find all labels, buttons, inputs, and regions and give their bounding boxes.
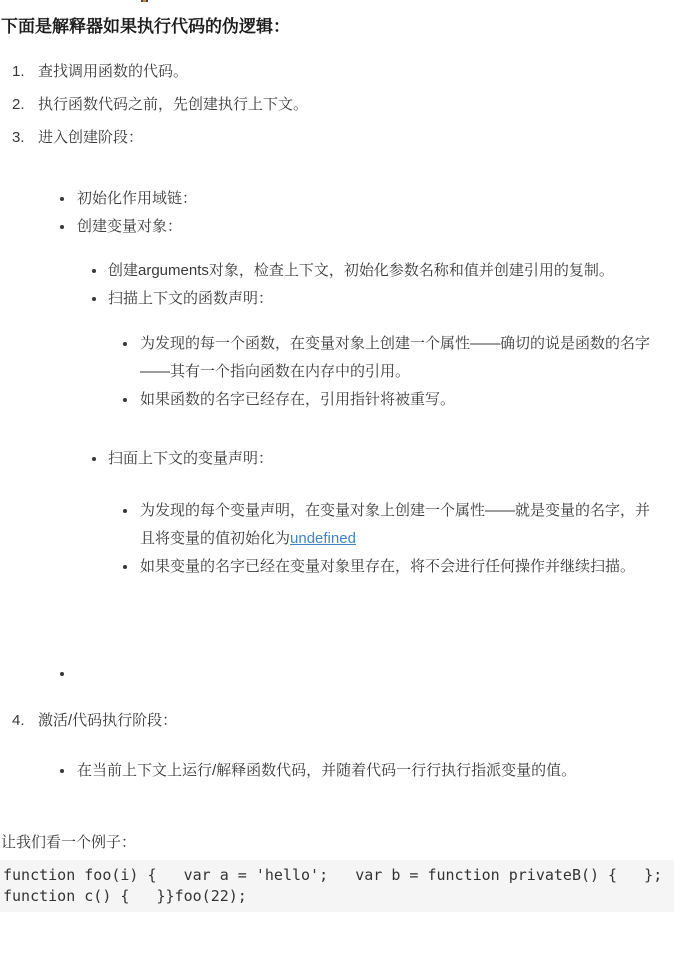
example-intro-text: 让我们看一个例子：	[1, 832, 674, 853]
list-item-scan-variable-declarations: 扫面上下文的变量声明： 为发现的每个变量声明，在变量对象上创建一个属性——就是变…	[77, 445, 660, 612]
variable-declarations-list: 为发现的每个变量声明，在变量对象上创建一个属性——就是变量的名字，并且将变量的值…	[108, 473, 660, 612]
undefined-link[interactable]: undefined	[290, 530, 356, 547]
step-marker: 2.	[12, 91, 25, 119]
list-item-text: 如果函数的名字已经存在，引用指针将被重写。	[140, 391, 455, 408]
code-block: function foo(i) { var a = 'hello'; var b…	[0, 860, 674, 912]
step-marker: 3.	[12, 124, 25, 152]
list-item-text: 为发现的每个变量声明，在变量对象上创建一个属性——就是变量的名字，并且将变量的值…	[140, 502, 650, 547]
list-item-text: 扫描上下文的函数声明：	[108, 290, 273, 307]
bullet-dot-icon	[123, 342, 127, 346]
bullet-dot-icon	[60, 769, 64, 773]
step-text: 查找调用函数的代码。	[38, 63, 188, 80]
list-item-text: 如果变量的名字已经在变量对象里存在，将不会进行任何操作并继续扫描。	[140, 558, 635, 575]
creation-phase-list: 初始化作用域链： 创建变量对象： 创建arguments对象，检查上下文，初始化…	[38, 152, 660, 702]
list-item-text: 创建变量对象：	[77, 218, 182, 235]
clipped-content-fragment	[141, 0, 148, 2]
list-item-scope-chain: 初始化作用域链：	[38, 185, 660, 213]
bullet-dot-icon	[60, 225, 64, 229]
list-item-text: 初始化作用域链：	[77, 190, 197, 207]
step-marker: 1.	[12, 58, 25, 86]
bullet-dot-icon	[60, 672, 64, 676]
step-text: 激活/代码执行阶段：	[38, 712, 177, 729]
step-text: 进入创建阶段：	[38, 129, 143, 146]
bullet-dot-icon	[123, 565, 127, 569]
bullet-dot-icon	[92, 269, 96, 273]
step-item-4: 4. 激活/代码执行阶段： 在当前上下文上运行/解释函数代码，并随着代码一行行执…	[0, 707, 674, 827]
pseudo-logic-steps: 1. 查找调用函数的代码。 2. 执行函数代码之前，先创建执行上下文。 3. 进…	[0, 58, 674, 827]
step-item-2: 2. 执行函数代码之前，先创建执行上下文。	[0, 91, 674, 119]
list-item-run-code: 在当前上下文上运行/解释函数代码，并随着代码一行行执行指派变量的值。	[38, 757, 660, 785]
list-item-text: 在当前上下文上运行/解释函数代码，并随着代码一行行执行指派变量的值。	[77, 762, 576, 779]
list-item-function-property: 为发现的每一个函数，在变量对象上创建一个属性——确切的说是函数的名字——其有一个…	[108, 330, 660, 386]
list-item-scan-function-declarations: 扫描上下文的函数声明： 为发现的每一个函数，在变量对象上创建一个属性——确切的说…	[77, 285, 660, 445]
execution-phase-list: 在当前上下文上运行/解释函数代码，并随着代码一行行执行指派变量的值。	[38, 735, 660, 827]
variable-object-list: 创建arguments对象，检查上下文，初始化参数名称和值并创建引用的复制。 扫…	[77, 241, 660, 660]
step-marker: 4.	[12, 707, 25, 735]
list-item-text: 创建arguments对象，检查上下文，初始化参数名称和值并创建引用的复制。	[108, 262, 614, 279]
list-item-text: 为发现的每一个函数，在变量对象上创建一个属性——确切的说是函数的名字——其有一个…	[140, 335, 650, 380]
bullet-dot-icon	[60, 197, 64, 201]
step-item-1: 1. 查找调用函数的代码。	[0, 58, 674, 86]
page-heading: 下面是解释器如果执行代码的伪逻辑：	[1, 14, 674, 40]
list-item-text: 扫面上下文的变量声明：	[108, 450, 273, 467]
step-text: 执行函数代码之前，先创建执行上下文。	[38, 96, 308, 113]
list-item-function-name-exists: 如果函数的名字已经存在，引用指针将被重写。	[108, 386, 660, 414]
bullet-dot-icon	[92, 297, 96, 301]
list-item-variable-object: 创建变量对象： 创建arguments对象，检查上下文，初始化参数名称和值并创建…	[38, 213, 660, 660]
bullet-dot-icon	[92, 457, 96, 461]
list-item-variable-property: 为发现的每个变量声明，在变量对象上创建一个属性——就是变量的名字，并且将变量的值…	[108, 497, 660, 553]
step-item-3: 3. 进入创建阶段： 初始化作用域链： 创建变量对象： 创建arguments对…	[0, 124, 674, 702]
function-declarations-list: 为发现的每一个函数，在变量对象上创建一个属性——确切的说是函数的名字——其有一个…	[108, 313, 660, 445]
list-item-variable-name-exists: 如果变量的名字已经在变量对象里存在，将不会进行任何操作并继续扫描。	[108, 553, 660, 581]
list-item-arguments: 创建arguments对象，检查上下文，初始化参数名称和值并创建引用的复制。	[77, 257, 660, 285]
bullet-dot-icon	[123, 509, 127, 513]
code-text: function foo(i) { var a = 'hello'; var b…	[3, 866, 674, 905]
bullet-dot-icon	[123, 398, 127, 402]
